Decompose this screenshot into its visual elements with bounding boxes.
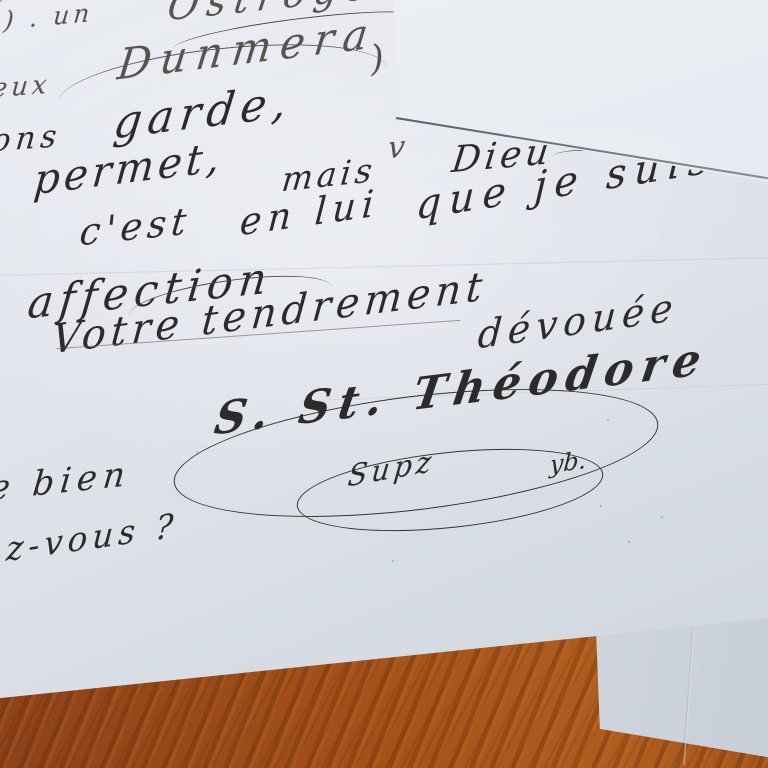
handwriting-line-fragment: eux [0,72,52,102]
flourish-paren: ) [368,41,386,78]
handwriting-word-cest: c'est [78,202,193,251]
handwriting-word-permet: permet, [32,136,225,201]
handwriting-line-fragment: ons [0,121,63,157]
handwriting-line-fragment: ) . un [3,0,95,33]
handwriting-line-fragment: v [387,132,407,164]
handwriting-word-bien: e bien [0,457,133,506]
handwriting-word-vous: ez-vous ? [0,508,179,569]
signature-suffix: yb. [549,448,587,478]
handwriting-words-en-lui: en lui [239,184,381,241]
photo-of-letter-on-table: ) . un Ostrogot eux Dunmera ) ons garde,… [0,0,768,768]
